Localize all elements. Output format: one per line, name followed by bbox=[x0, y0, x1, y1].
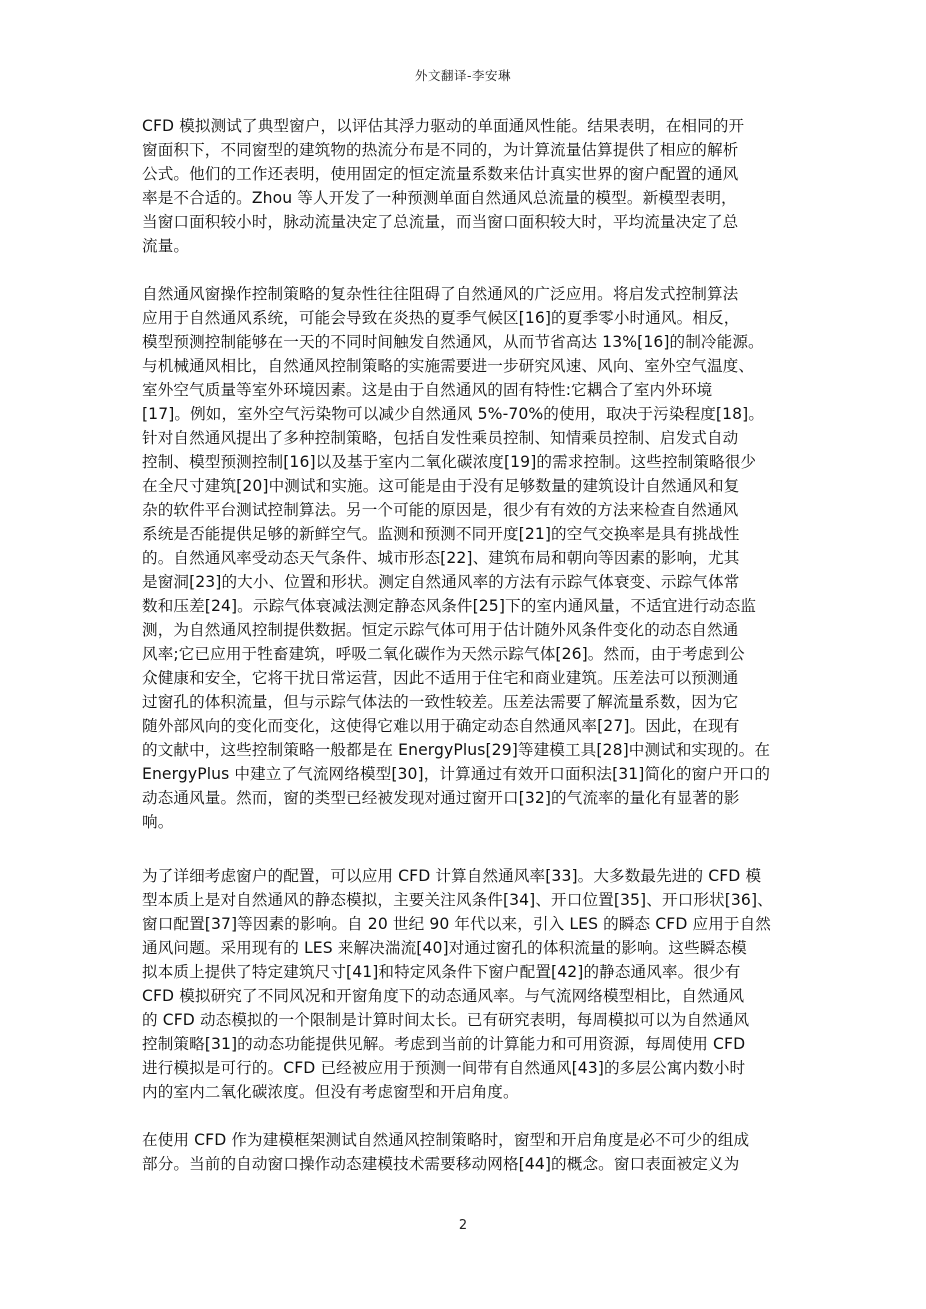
text-line: EnergyPlus 中建立了气流网络模型[30]，计算通过有效开口面积法[31… bbox=[142, 762, 788, 786]
text-line: 通风问题。采用现有的 LES 来解决湍流[40]对通过窗孔的体积流量的影响。这些… bbox=[142, 936, 788, 960]
text-line: 进行模拟是可行的。CFD 已经被应用于预测一间带有自然通风[43]的多层公寓内数… bbox=[142, 1056, 788, 1080]
page-number: 2 bbox=[0, 1218, 926, 1233]
document-page: 外文翻译-李安琳 CFD 模拟测试了典型窗户，以评估其浮力驱动的单面通风性能。结… bbox=[0, 0, 926, 1309]
text-line: 众健康和安全，它将干扰日常运营，因此不适用于住宅和商业建筑。压差法可以预测通 bbox=[142, 666, 788, 690]
paragraph-1: CFD 模拟测试了典型窗户，以评估其浮力驱动的单面通风性能。结果表明，在相同的开… bbox=[142, 114, 788, 258]
text-line: 过窗孔的体积流量，但与示踪气体法的一致性较差。压差法需要了解流量系数，因为它 bbox=[142, 690, 788, 714]
text-line: 为了详细考虑窗户的配置，可以应用 CFD 计算自然通风率[33]。大多数最先进的… bbox=[142, 864, 788, 888]
paragraph-2: 自然通风窗操作控制策略的复杂性往往阻碍了自然通风的广泛应用。将启发式控制算法 应… bbox=[142, 282, 788, 834]
text-line: 部分。当前的自动窗口操作动态建模技术需要移动网格[44]的概念。窗口表面被定义为 bbox=[142, 1152, 788, 1176]
text-line: 率是不合适的。Zhou 等人开发了一种预测单面自然通风总流量的模型。新模型表明， bbox=[142, 186, 788, 210]
text-line: 室外空气质量等室外环境因素。这是由于自然通风的固有特性:它耦合了室内外环境 bbox=[142, 378, 788, 402]
paragraph-3: 为了详细考虑窗户的配置，可以应用 CFD 计算自然通风率[33]。大多数最先进的… bbox=[142, 864, 788, 1104]
text-line: 控制策略[31]的动态功能提供见解。考虑到当前的计算能力和可用资源，每周使用 C… bbox=[142, 1032, 788, 1056]
text-line: 响。 bbox=[142, 810, 788, 834]
text-line: 随外部风向的变化而变化，这使得它难以用于确定动态自然通风率[27]。因此，在现有 bbox=[142, 714, 788, 738]
text-line: 型本质上是对自然通风的静态模拟，主要关注风条件[34]、开口位置[35]、开口形… bbox=[142, 888, 788, 912]
text-line: 系统是否能提供足够的新鲜空气。监测和预测不同开度[21]的空气交换率是具有挑战性 bbox=[142, 522, 788, 546]
text-line: 动态通风量。然而，窗的类型已经被发现对通过窗开口[32]的气流率的量化有显著的影 bbox=[142, 786, 788, 810]
text-line: 拟本质上提供了特定建筑尺寸[41]和特定风条件下窗户配置[42]的静态通风率。很… bbox=[142, 960, 788, 984]
text-line: 流量。 bbox=[142, 234, 788, 258]
text-line: 杂的软件平台测试控制算法。另一个可能的原因是，很少有有效的方法来检查自然通风 bbox=[142, 498, 788, 522]
text-line: 与机械通风相比，自然通风控制策略的实施需要进一步研究风速、风向、室外空气温度、 bbox=[142, 354, 788, 378]
text-line: 公式。他们的工作还表明，使用固定的恒定流量系数来估计真实世界的窗户配置的通风 bbox=[142, 162, 788, 186]
page-header: 外文翻译-李安琳 bbox=[0, 66, 926, 84]
text-line: 风率;它已应用于牲畜建筑，呼吸二氧化碳作为天然示踪气体[26]。然而，由于考虑到… bbox=[142, 642, 788, 666]
text-line: 针对自然通风提出了多种控制策略，包括自发性乘员控制、知情乘员控制、启发式自动 bbox=[142, 426, 788, 450]
text-line: 当窗口面积较小时，脉动流量决定了总流量，而当窗口面积较大时，平均流量决定了总 bbox=[142, 210, 788, 234]
text-line: 测，为自然通风控制提供数据。恒定示踪气体可用于估计随外风条件变化的动态自然通 bbox=[142, 618, 788, 642]
text-line: 模型预测控制能够在一天的不同时间触发自然通风，从而节省高达 13%[16]的制冷… bbox=[142, 330, 788, 354]
text-line: 在使用 CFD 作为建模框架测试自然通风控制策略时，窗型和开启角度是必不可少的组… bbox=[142, 1128, 788, 1152]
text-line: [17]。例如，室外空气污染物可以减少自然通风 5%-70%的使用，取决于污染程… bbox=[142, 402, 788, 426]
text-line: 数和压差[24]。示踪气体衰减法测定静态风条件[25]下的室内通风量，不适宜进行… bbox=[142, 594, 788, 618]
text-line: 的。自然通风率受动态天气条件、城市形态[22]、建筑布局和朝向等因素的影响，尤其 bbox=[142, 546, 788, 570]
text-line: 在全尺寸建筑[20]中测试和实施。这可能是由于没有足够数量的建筑设计自然通风和复 bbox=[142, 474, 788, 498]
text-line: CFD 模拟测试了典型窗户，以评估其浮力驱动的单面通风性能。结果表明，在相同的开 bbox=[142, 114, 788, 138]
text-line: 窗面积下，不同窗型的建筑物的热流分布是不同的，为计算流量估算提供了相应的解析 bbox=[142, 138, 788, 162]
text-line: 是窗洞[23]的大小、位置和形状。测定自然通风率的方法有示踪气体衰变、示踪气体常 bbox=[142, 570, 788, 594]
text-line: 应用于自然通风系统，可能会导致在炎热的夏季气候区[16]的夏季零小时通风。相反， bbox=[142, 306, 788, 330]
text-line: 的 CFD 动态模拟的一个限制是计算时间太长。已有研究表明，每周模拟可以为自然通… bbox=[142, 1008, 788, 1032]
text-line: 控制、模型预测控制[16]以及基于室内二氧化碳浓度[19]的需求控制。这些控制策… bbox=[142, 450, 788, 474]
text-line: 内的室内二氧化碳浓度。但没有考虑窗型和开启角度。 bbox=[142, 1080, 788, 1104]
text-line: 窗口配置[37]等因素的影响。自 20 世纪 90 年代以来，引入 LES 的瞬… bbox=[142, 912, 788, 936]
text-line: 的文献中，这些控制策略一般都是在 EnergyPlus[29]等建模工具[28]… bbox=[142, 738, 788, 762]
paragraph-4: 在使用 CFD 作为建模框架测试自然通风控制策略时，窗型和开启角度是必不可少的组… bbox=[142, 1128, 788, 1176]
text-line: 自然通风窗操作控制策略的复杂性往往阻碍了自然通风的广泛应用。将启发式控制算法 bbox=[142, 282, 788, 306]
text-line: CFD 模拟研究了不同风况和开窗角度下的动态通风率。与气流网络模型相比，自然通风 bbox=[142, 984, 788, 1008]
